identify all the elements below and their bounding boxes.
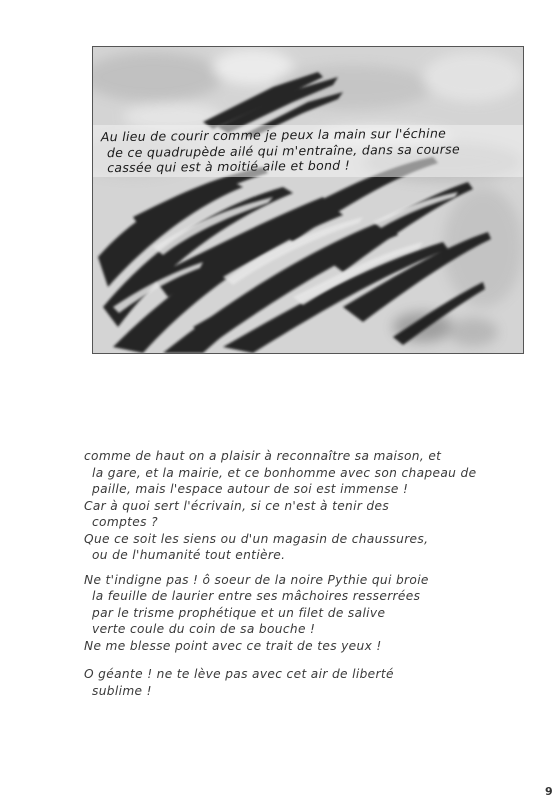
ink-wash-painting bbox=[93, 47, 523, 353]
paragraph: Ne me blesse point avec ce trait de tes … bbox=[84, 638, 544, 655]
paragraph: O géante ! ne te lève pas avec cet air d… bbox=[84, 666, 544, 699]
text-line: par le trisme prophétique et un filet de… bbox=[84, 605, 544, 622]
text-line: comptes ? bbox=[84, 514, 544, 531]
paragraph: Ne t'indigne pas ! ô soeur de la noire P… bbox=[84, 572, 544, 638]
illustration-caption: Au lieu de courir comme je peux la main … bbox=[101, 125, 521, 176]
text-line: ou de l'humanité tout entière. bbox=[84, 547, 544, 564]
text-line: Que ce soit les siens ou d'un magasin de… bbox=[84, 531, 544, 548]
text-line: sublime ! bbox=[84, 683, 544, 700]
text-line: Ne t'indigne pas ! ô soeur de la noire P… bbox=[84, 572, 544, 589]
text-line: verte coule du coin de sa bouche ! bbox=[84, 621, 544, 638]
text-line: paille, mais l'espace autour de soi est … bbox=[84, 481, 544, 498]
illustration-panel: Au lieu de courir comme je peux la main … bbox=[92, 46, 524, 354]
paragraph: Car à quoi sert l'écrivain, si ce n'est … bbox=[84, 498, 544, 531]
handwritten-text: comme de haut on a plaisir à reconnaître… bbox=[84, 448, 544, 699]
page-number: 9 bbox=[545, 785, 553, 798]
text-line: Ne me blesse point avec ce trait de tes … bbox=[84, 638, 544, 655]
text-line: O géante ! ne te lève pas avec cet air d… bbox=[84, 666, 544, 683]
paragraph: Que ce soit les siens ou d'un magasin de… bbox=[84, 531, 544, 564]
paragraph: comme de haut on a plaisir à reconnaître… bbox=[84, 448, 544, 498]
text-line: la feuille de laurier entre ses mâchoire… bbox=[84, 588, 544, 605]
text-line: comme de haut on a plaisir à reconnaître… bbox=[84, 448, 544, 465]
text-line: la gare, et la mairie, et ce bonhomme av… bbox=[84, 465, 544, 482]
text-line: Car à quoi sert l'écrivain, si ce n'est … bbox=[84, 498, 544, 515]
